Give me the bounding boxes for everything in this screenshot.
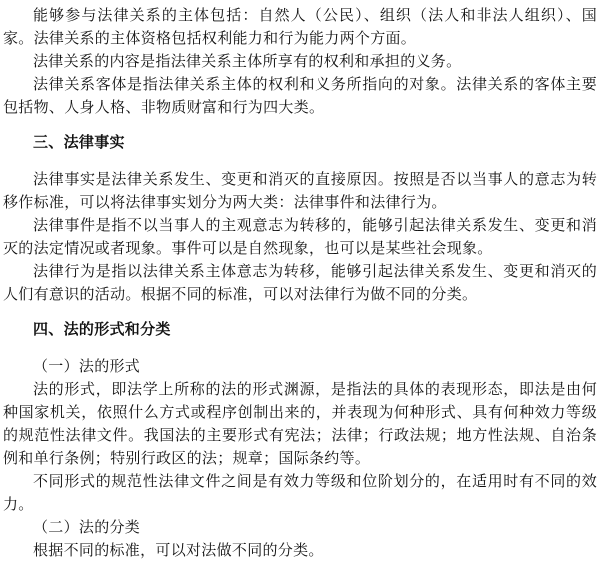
- paragraph-legal-facts-definition: 法律事实是法律关系发生、变更和消灭的直接原因。按照是否以当事人的意志为转移作标准…: [3, 169, 597, 215]
- paragraph-law-forms-definition: 法的形式，即法学上所称的法的形式渊源，是指法的具体的表现形态，即法是由何种国家机…: [3, 379, 597, 471]
- section-heading-law-forms-and-classification: 四、法的形式和分类: [3, 319, 597, 342]
- paragraph-legal-events: 法律事件是指不以当事人的主观意志为转移的，能够引起法律关系发生、变更和消灭的法定…: [3, 215, 597, 261]
- paragraph-law-forms-hierarchy: 不同形式的规范性法律文件之间是有效力等级和位阶划分的，在适用时有不同的效力。: [3, 471, 597, 517]
- paragraph-law-classification: 根据不同的标准，可以对法做不同的分类。: [3, 540, 597, 563]
- paragraph-legal-relation-objects: 法律关系客体是指法律关系主体的权利和义务所指向的对象。法律关系的客体主要包括物、…: [3, 74, 597, 120]
- paragraph-legal-relation-subjects: 能够参与法律关系的主体包括：自然人（公民）、组织（法人和非法人组织）、国家。法律…: [3, 5, 597, 51]
- paragraph-legal-relation-content: 法律关系的内容是指法律关系主体所享有的权利和承担的义务。: [3, 51, 597, 74]
- document-page: 能够参与法律关系的主体包括：自然人（公民）、组织（法人和非法人组织）、国家。法律…: [0, 0, 600, 570]
- sub-heading-law-forms: （一）法的形式: [3, 356, 597, 379]
- section-heading-legal-facts: 三、法律事实: [3, 132, 597, 155]
- paragraph-legal-acts: 法律行为是指以法律关系主体意志为转移，能够引起法律关系发生、变更和消灭的人们有意…: [3, 261, 597, 307]
- document-body: 能够参与法律关系的主体包括：自然人（公民）、组织（法人和非法人组织）、国家。法律…: [3, 5, 597, 563]
- sub-heading-law-classification: （二）法的分类: [3, 517, 597, 540]
